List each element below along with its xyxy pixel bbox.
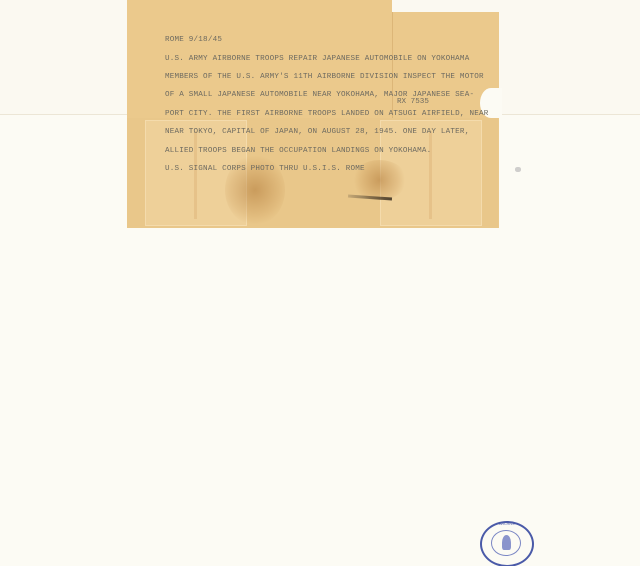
caption-line: ROME 9/18/45 [165, 36, 488, 45]
typewritten-caption: ROME 9/18/45 U.S. ARMY AIRBORNE TROOPS R… [165, 27, 488, 183]
caption-line: U.S. SIGNAL CORPS PHOTO THRU U.S.I.S. RO… [165, 165, 488, 174]
caption-line: ALLIED TROOPS BEGAN THE OCCUPATION LANDI… [165, 147, 488, 156]
caption-line: NEAR TOKYO, CAPITAL OF JAPAN, ON AUGUST … [165, 128, 488, 137]
speck [515, 167, 521, 172]
reference-number: RX 7535 [397, 98, 429, 106]
caption-line: MEMBERS OF THE U.S. ARMY'S 11TH AIRBORNE… [165, 73, 488, 82]
archive-stamp: ARCHIVE [480, 521, 534, 566]
caption-line: U.S. ARMY AIRBORNE TROOPS REPAIR JAPANES… [165, 55, 488, 64]
emblem-icon [502, 535, 511, 550]
stamp-text: ARCHIVE [485, 522, 529, 526]
caption-line: PORT CITY. THE FIRST AIRBORNE TROOPS LAN… [165, 110, 488, 119]
caption-line: OF A SMALL JAPANESE AUTOMOBILE NEAR YOKO… [165, 91, 488, 100]
